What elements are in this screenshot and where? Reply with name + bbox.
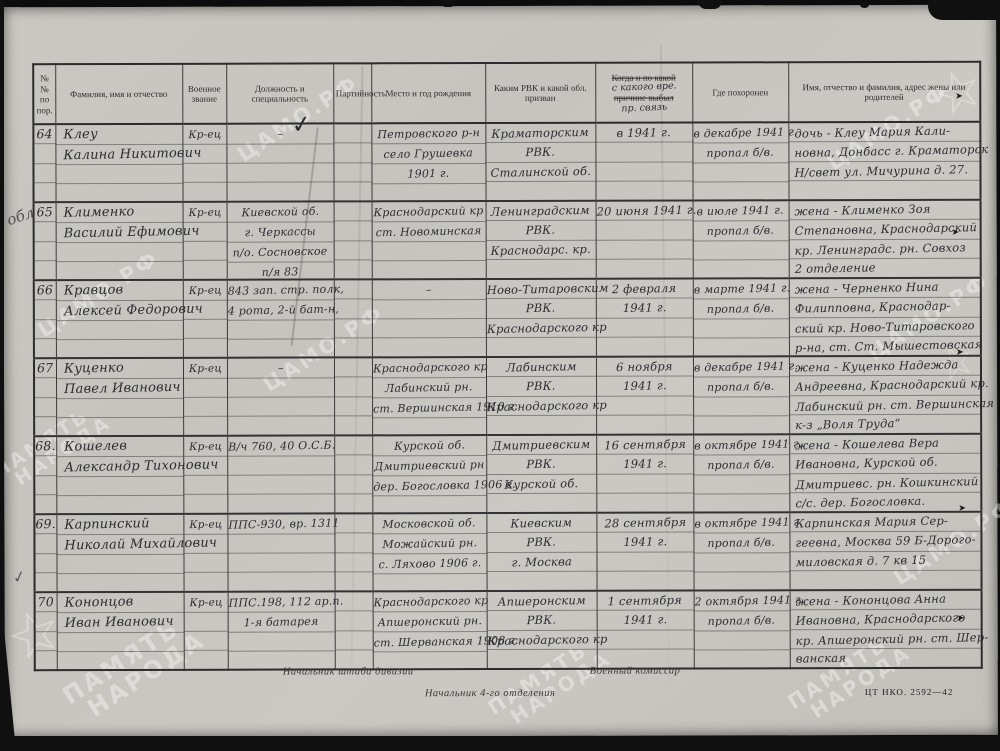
ruled-line: п/о. Сосновское: [227, 242, 333, 262]
handwritten-entry: 64: [36, 125, 53, 143]
ruled-line: ППС-930, вр. 1311: [228, 514, 334, 534]
cell-rank: Кр-ец: [184, 592, 228, 670]
ruled-line: [184, 651, 227, 669]
table-row: 69.КарпинскийНиколай МихайловичКр-ецППС-…: [34, 512, 981, 592]
handwritten-entry: пропал б/в.: [707, 300, 775, 319]
handwritten-entry: Курской об.: [394, 436, 465, 455]
ruled-line: Краснодарского кр: [372, 358, 485, 378]
table-row: 64КлеуКалина НикитовичКр-ец–Петровского …: [33, 122, 980, 202]
handwritten-entry: 1941 г.: [623, 532, 667, 551]
ruled-line: [596, 337, 692, 356]
ruled-line: [596, 259, 692, 278]
ruled-line: [57, 573, 183, 591]
ruled-line: [35, 183, 56, 201]
ruled-line: [693, 338, 788, 356]
table-row: 68.КошелевАлександр ТихоновичКр-ецВ/ч 76…: [34, 434, 981, 514]
header-label: Партийность: [336, 88, 369, 99]
ruled-line: [56, 243, 182, 262]
handwritten-entry: Иван Иванович: [64, 613, 173, 633]
ruled-line: [334, 260, 371, 278]
ruled-line: РВК.: [487, 533, 596, 553]
ruled-line: [334, 338, 371, 356]
ruled-line: геевна, Москва 59 Б-Дорого-: [790, 532, 981, 552]
handwritten-entry: Василий Ефимович: [63, 223, 199, 244]
handwritten-entry: –: [426, 281, 432, 299]
cell-num: 65: [34, 202, 56, 280]
ruled-line: ст. Шерванская 1908 г.: [373, 632, 486, 652]
cell-family: жена - Кошелева ВераИвановна, Курской об…: [789, 434, 981, 513]
handwritten-entry: жена - Клименко Зоя: [794, 200, 930, 221]
ruled-line: Кр-ец: [183, 203, 226, 223]
ruled-line: 1941 г.: [597, 611, 693, 631]
ruled-line: ст. Вершинская 1910 г.: [373, 398, 486, 418]
handwritten-entry: с. Ляхово 1906 г.: [378, 554, 481, 574]
cell-buried: в июле 1941 г.пропал б/в.: [693, 200, 789, 278]
ruled-line: Иван Иванович: [57, 613, 183, 633]
handwritten-entry: РВК.: [526, 533, 556, 552]
signature-4th-section-chief: Начальник 4-го отделения: [425, 688, 556, 699]
col-header-buried: Где похоронен: [692, 62, 788, 122]
cell-family: жена - Черненко НинаФилипповна, Краснода…: [789, 278, 981, 357]
ruled-line: Можайский рн.: [373, 534, 486, 554]
ruled-line: [184, 398, 227, 417]
ruled-line: Кр-ец: [183, 281, 226, 301]
handwritten-entry: в октябре 1941 г.: [694, 513, 803, 533]
handwritten-entry: 70: [38, 593, 55, 611]
cell-duty: –: [227, 357, 334, 435]
ruled-line: Степановна, Краснодарский: [789, 220, 980, 240]
cell-rvk: КиевскимРВК.г. Москва: [486, 513, 596, 591]
ruled-line: пропал б/в.: [693, 221, 788, 241]
handwritten-entry: в декабре 1941 г.: [693, 357, 798, 377]
handwritten-entry: Краматорским: [492, 123, 590, 143]
ruled-line: Курской об.: [373, 436, 486, 456]
ruled-line: 2 отделение: [789, 258, 980, 277]
ruled-line: Ивановна, Краснодарского: [790, 610, 981, 630]
ruled-line: жена - Черненко Нина: [789, 279, 980, 299]
ruled-line: 16 сентября: [597, 435, 693, 455]
ruled-line: дочь - Клеу Мария Кали-: [789, 123, 980, 143]
ruled-line: РВК.: [486, 143, 595, 163]
ruled-line: [56, 165, 182, 184]
ruled-line: г. Черкассы: [227, 222, 333, 242]
ruled-line: [694, 631, 789, 650]
ruled-line: [335, 572, 372, 590]
ruled-line: [596, 162, 692, 182]
handwritten-entry: Краснодарский кр: [373, 202, 483, 222]
handwritten-entry: Кр-ец: [189, 437, 222, 456]
ruled-line: [56, 261, 182, 279]
ruled-line: [36, 573, 57, 591]
ruled-line: [373, 496, 486, 512]
ruled-line: Краснодарского кр: [487, 630, 596, 650]
ruled-line: кр. Апшеронский рн. ст. Шер-: [790, 629, 981, 649]
handwritten-entry: Н/свет ул. Мичурина д. 27.: [794, 160, 968, 181]
handwritten-entry: 28 сентября: [604, 513, 686, 533]
cell-name: КравцовАлексей Федорович: [56, 280, 183, 358]
handwritten-entry: Краснодарс. кр.: [490, 239, 591, 259]
cell-when: в 1941 г.: [595, 122, 692, 200]
ruled-line: [597, 415, 693, 434]
handwritten-entry: Александр Тихонович: [64, 456, 219, 477]
cell-when: 6 ноября1941 г.: [596, 356, 693, 434]
ruled-line: [183, 261, 226, 279]
col-header-party: Партийность: [333, 63, 371, 123]
cell-family: жена - Куценко НадеждаАндреевна, Краснод…: [789, 356, 981, 435]
ruled-line: Ивановна, Курской об.: [790, 454, 981, 474]
ruled-line: [597, 493, 693, 512]
cell-when: 1 сентября1941 г.: [597, 590, 694, 668]
ruled-line: Кононцов: [57, 593, 183, 613]
ruled-line: [373, 418, 486, 434]
ruled-line: жена - Кошелева Вера: [790, 435, 981, 455]
cell-rvk: ЛенинградскимРВК.Краснодарс. кр.: [486, 201, 596, 279]
ruled-line: [35, 534, 56, 553]
ruled-line: р-на, ст. Ст. Мышестовская: [789, 336, 980, 355]
handwritten-entry: РВК.: [526, 221, 556, 240]
ruled-line: [57, 417, 183, 435]
ruled-line: в октябре 1941 г.: [694, 435, 789, 455]
cell-rvk: КраматорскимРВК.Сталинской об.: [485, 123, 595, 201]
handwritten-entry: Дмитриевским: [492, 435, 590, 455]
ruled-line: [694, 494, 789, 512]
ruled-line: [183, 183, 226, 201]
ruled-line: Александр Тихонович: [57, 457, 183, 477]
handwritten-entry: р-на, ст. Ст. Мышестовская: [794, 335, 982, 357]
handwritten-entry: Дмитриевский рн: [374, 456, 485, 476]
handwritten-entry: –: [277, 126, 283, 144]
ruled-line: Лабинским: [486, 358, 595, 378]
ruled-line: [36, 612, 57, 631]
registry-table-wrap: №№ по пор.Фамилия, имя и отчествоВоенное…: [32, 61, 983, 671]
handwritten-entry: в 1941 г.: [616, 123, 671, 142]
ruled-line: Краснодарс. кр.: [486, 240, 595, 260]
ruled-line: [35, 242, 56, 261]
cell-birth: Курской об.Дмитриевский рндер. Богословк…: [372, 435, 486, 513]
ruled-line: [597, 396, 693, 416]
handwritten-entry: –: [277, 360, 283, 378]
col-header-when: Когда и по какойс какого вре.причине выб…: [595, 62, 692, 122]
ruled-line: пропал б/в.: [693, 299, 788, 319]
table-row: 66КравцовАлексей ФедоровичКр-ец843 зап. …: [34, 278, 981, 358]
signature-military-commissar: Военный комиссар: [590, 666, 681, 677]
handwritten-entry: Апшеронский рн.: [377, 612, 482, 632]
ruled-line: жена - Кононцова Анна: [790, 591, 981, 611]
handwritten-entry: Лабинский рн.: [385, 378, 473, 398]
ruled-line: в октябре 1941 г.: [694, 513, 789, 533]
handwritten-entry: Петровского р-н: [377, 124, 480, 144]
cell-family: Карпинская Мария Сер-геевна, Москва 59 Б…: [789, 512, 981, 591]
cell-rvk: ЛабинскимРВК.Краснодарского кр: [486, 357, 596, 435]
ruled-line: [57, 477, 183, 496]
handwritten-entry: В/ч 760, 40 О.С.Б.: [228, 436, 336, 456]
ruled-line: [184, 476, 227, 495]
scanned-document: ЦАМО.РФ ЦАМО.РФ ЦАМО.РФ ЦАМО.РФ ЦАМО.РФ …: [0, 0, 1000, 751]
ruled-line: –: [227, 124, 333, 144]
ruled-line: Апшеронским: [487, 592, 596, 612]
ruled-line: 69.: [35, 515, 56, 534]
cell-when: 16 сентября1941 г.: [596, 434, 693, 512]
cell-num: 69.: [34, 514, 56, 592]
ruled-line: Карпинский: [57, 515, 183, 535]
handwritten-entry: 1941 г.: [623, 454, 667, 473]
ruled-line: [36, 651, 57, 669]
ruled-line: [57, 399, 183, 418]
handwritten-entry: Филипповна, Краснодар-: [794, 297, 950, 318]
handwritten-entry: Клименко: [63, 203, 134, 222]
cell-name: КлеуКалина Никитович: [55, 124, 182, 202]
ruled-line: Павел Иванович: [57, 379, 183, 399]
handwritten-entry: новна, Донбасс г. Краматорск: [794, 140, 988, 162]
ruled-line: 65: [35, 203, 56, 222]
handwritten-entry: Краснодарского кр: [373, 592, 488, 612]
ruled-line: [184, 554, 227, 573]
ruled-line: [35, 417, 56, 435]
ruled-line: [36, 632, 57, 651]
ruled-line: [334, 319, 371, 338]
ruled-line: 1901 г.: [372, 164, 485, 184]
ruled-line: Кошелев: [57, 437, 183, 457]
cell-buried: в декабре 1941 г.пропал б/в.: [693, 356, 789, 434]
ruled-line: дер. Богословка 1906 г.: [373, 476, 486, 496]
ruled-line: Сталинской об.: [486, 162, 595, 182]
ruled-line: 1 сентября: [597, 591, 693, 611]
handwritten-entry: 20 июня 1941 г.: [596, 201, 696, 221]
handwritten-entry: РВК.: [525, 143, 555, 162]
handwritten-entry: Куценко: [63, 359, 123, 378]
ruled-line: Ново-Титаровским: [486, 280, 595, 300]
handwritten-entry: Киевским: [510, 513, 572, 532]
handwritten-entry: ский кр. Ново-Титаровского: [794, 316, 974, 338]
ruled-line: [34, 164, 55, 183]
ruled-line: 64: [34, 125, 55, 144]
cell-party: [334, 435, 372, 513]
ruled-line: ст. Новоминская: [372, 222, 485, 242]
ruled-line: [183, 339, 226, 357]
cell-buried: 2 октября 1941 г.пропал б/в.: [694, 590, 790, 668]
ruled-line: Краснодарского кр: [487, 396, 596, 416]
cell-duty: Киевской об.г. Черкассып/о. Сосновскоеп/…: [227, 201, 334, 279]
ruled-line: 28 сентября: [597, 513, 693, 533]
col-header-family: Имя, отчество и фамилия, адрес жены или …: [788, 62, 980, 123]
ruled-line: Краматорским: [486, 124, 595, 144]
ruled-line: [227, 339, 333, 357]
header-label: Место и год рождения: [374, 88, 483, 99]
ruled-line: с. Ляхово 1906 г.: [373, 554, 486, 574]
ruled-line: Киевской об.: [227, 202, 333, 222]
handwritten-entry: Ленинградским: [491, 201, 590, 221]
ruled-line: [487, 494, 596, 513]
ruled-line: [35, 456, 56, 475]
ruled-line: [597, 571, 693, 590]
ruled-line: 20 июня 1941 г.: [596, 201, 692, 221]
ruled-line: [57, 651, 183, 669]
ruled-line: пропал б/в.: [694, 611, 789, 631]
ruled-line: [487, 572, 596, 591]
handwritten-entry: Кравцов: [63, 281, 123, 300]
ruled-line: [35, 261, 56, 279]
ruled-line: 843 зап. стр. полк,: [227, 280, 333, 300]
ruled-line: [487, 650, 596, 669]
ruled-line: [228, 475, 334, 494]
handwritten-entry: пропал б/в.: [707, 456, 775, 475]
cell-name: КошелевАлександр Тихонович: [56, 436, 183, 514]
ruled-line: [56, 339, 182, 357]
handwritten-entry: п/о. Сосновское: [233, 243, 328, 263]
handwritten-entry: 843 зап. стр. полк,: [227, 280, 344, 300]
ruled-line: Андреевна, Краснодарский кр.: [790, 376, 981, 396]
ruled-line: [596, 143, 692, 163]
ruled-line: Лабинский рн.: [373, 378, 486, 398]
handwritten-entry: Краснодарского кр: [372, 358, 487, 378]
cell-when: 28 сентября1941 г.: [596, 512, 693, 590]
ruled-line: РВК.: [486, 299, 595, 319]
handwritten-entry: пропал б/в.: [707, 378, 775, 397]
handwritten-entry: Кр-ец: [188, 125, 221, 144]
ruled-line: пропал б/в.: [694, 377, 789, 397]
ruled-line: Киевским: [487, 514, 596, 534]
handwritten-entry: г. Москва: [511, 552, 572, 571]
ruled-line: [486, 260, 595, 279]
handwritten-entry: 67: [37, 359, 54, 377]
cell-rvk: Ново-ТитаровскимРВК.Краснодарского кр: [486, 279, 596, 357]
ruled-line: [372, 300, 485, 319]
handwritten-entry: п/я 83: [262, 263, 299, 282]
ruled-line: РВК.: [486, 221, 595, 241]
cell-name: КононцовИван Иванович: [57, 592, 184, 670]
cell-birth: Краснодарский крст. Новоминская: [372, 201, 486, 279]
ruled-line: РВК.: [487, 611, 596, 631]
ruled-line: РВК.: [487, 455, 596, 475]
handwritten-entry: дер. Богословка 1906 г.: [373, 476, 516, 497]
ruled-line: [35, 300, 56, 319]
cell-when: 20 июня 1941 г.: [596, 200, 693, 278]
cell-family: жена - Кононцова АннаИвановна, Краснодар…: [790, 590, 982, 669]
handwritten-entry: Алексей Федорович: [63, 301, 203, 322]
cell-buried: в октябре 1941 г.пропал б/в.: [693, 512, 789, 590]
col-header-num: №№ по пор.: [33, 64, 55, 124]
ruled-line: [334, 241, 371, 260]
ruled-line: [228, 416, 334, 434]
col-header-birth: Место и год рождения: [371, 63, 485, 123]
handwritten-entry: Карпинский: [64, 515, 150, 535]
cell-party: [334, 201, 372, 279]
ruled-line: в 1941 г.: [596, 123, 692, 143]
ruled-line: В/ч 760, 40 О.С.Б.: [228, 436, 334, 456]
cell-when: 2 февраля1941 г.: [596, 278, 693, 356]
ruled-line: Клименко: [56, 203, 182, 223]
handwritten-entry: Курской об.: [504, 474, 578, 493]
ruled-line: [597, 552, 693, 572]
form-stamp: ЦТ НКО. 2592—42: [865, 687, 954, 697]
ruled-line: Василий Ефимович: [56, 223, 182, 243]
handwritten-entry: Кр-ец: [189, 593, 222, 612]
handwritten-entry: пропал б/в.: [708, 612, 776, 631]
ruled-line: [486, 338, 595, 357]
handwritten-entry: 65: [36, 203, 53, 221]
header-label: №№ по пор.: [36, 73, 53, 115]
ruled-line: [334, 222, 371, 241]
ruled-line: [184, 573, 227, 591]
handwritten-entry: Краснодарского кр: [486, 317, 606, 337]
handwritten-entry: Ивановна, Курской об.: [795, 453, 938, 474]
ruled-line: Карпинская Мария Сер-: [790, 513, 981, 533]
ruled-line: [228, 397, 334, 416]
cell-name: КлименкоВасилий Ефимович: [56, 202, 183, 280]
ruled-line: [335, 514, 372, 533]
ruled-line: [372, 338, 485, 356]
cell-buried: в октябре 1941 г.пропал б/в.: [693, 434, 789, 512]
handwritten-entry: пропал б/в.: [708, 534, 776, 553]
ruled-line: ванская: [790, 648, 981, 667]
ruled-line: [35, 378, 56, 397]
ruled-line: [184, 632, 227, 651]
ruled-line: [57, 495, 183, 513]
ruled-line: Алексей Федорович: [56, 301, 182, 321]
ruled-line: [694, 553, 789, 572]
ruled-line: [35, 476, 56, 495]
handwritten-entry: РВК.: [526, 455, 556, 474]
handwritten-entry: в октябре 1941 г.: [694, 435, 803, 455]
scan-artifact: [928, 0, 1000, 20]
handwritten-entry: Кононцов: [64, 593, 133, 612]
handwritten-entry: в июле 1941 г.: [697, 201, 784, 221]
pen-check-icon: ✓: [10, 566, 28, 588]
ruled-line: [335, 553, 372, 572]
handwritten-entry: в марте 1941 г.: [693, 279, 790, 299]
ruled-line: –: [372, 280, 485, 300]
cell-birth: –: [372, 279, 486, 357]
ruled-line: [228, 456, 334, 475]
handwritten-entry: ППС-930, вр. 1311: [228, 514, 339, 534]
ruled-line: [373, 574, 486, 590]
ruled-line: Н/свет ул. Мичурина д. 27.: [789, 161, 980, 181]
table-header: №№ по пор.Фамилия, имя и отчествоВоенное…: [33, 62, 980, 124]
ruled-line: [227, 163, 333, 182]
paper-sheet: ЦАМО.РФ ЦАМО.РФ ЦАМО.РФ ЦАМО.РФ ЦАМО.РФ …: [3, 5, 998, 738]
ruled-line: [693, 319, 788, 338]
cell-party: [334, 357, 372, 435]
ruled-line: [184, 417, 227, 435]
ruled-line: РВК.: [487, 377, 596, 397]
cell-party: [333, 123, 371, 201]
handwritten-entry: Ивановна, Краснодарского: [795, 609, 965, 630]
ruled-line: Дмитриевским: [487, 436, 596, 456]
ruled-line: [184, 379, 227, 398]
ruled-line: [596, 318, 692, 338]
ruled-line: [34, 144, 55, 163]
scan-artifact: [698, 0, 722, 9]
handwritten-entry: Кр-ец: [189, 515, 222, 534]
handwritten-entry: 2 октября 1941 г.: [694, 591, 804, 611]
handwritten-entry: Можайский рн.: [382, 534, 477, 554]
ruled-line: [372, 184, 485, 200]
header-label: Военное звание: [185, 83, 224, 104]
ruled-line: 68.: [35, 437, 56, 456]
ruled-line: [694, 475, 789, 494]
ruled-line: 2 октября 1941 г.: [694, 591, 789, 611]
cell-family: дочь - Клеу Мария Кали-новна, Донбасс г.…: [788, 122, 980, 201]
table-row: 70КононцовИван ИвановичКр-ецППС.198, 112…: [35, 590, 982, 670]
ruled-line: [597, 630, 693, 650]
handwritten-entry: пропал б/в.: [707, 222, 775, 241]
cell-rank: Кр-ец: [183, 358, 227, 436]
ruled-line: 6 ноября: [596, 357, 692, 377]
ruled-line: [227, 320, 333, 339]
ruled-line: [335, 494, 372, 512]
handwritten-entry: Краснодарского кр: [487, 629, 607, 649]
handwritten-entry: Кр-ец: [188, 281, 221, 300]
